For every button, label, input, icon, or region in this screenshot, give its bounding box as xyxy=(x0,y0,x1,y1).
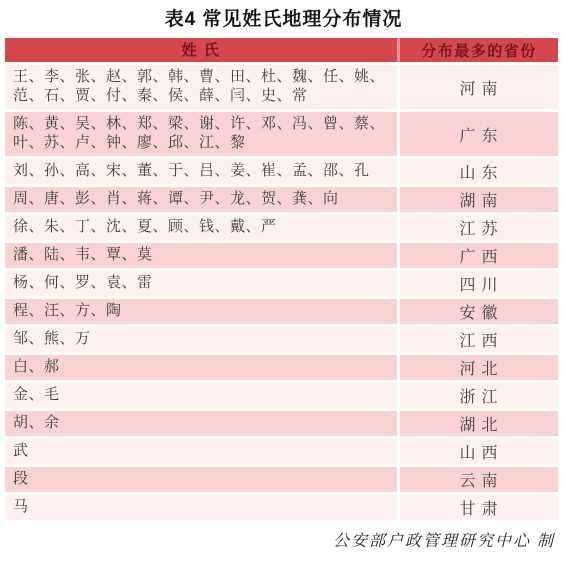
surnames-cell: 程、汪、方、陶 xyxy=(5,299,397,324)
table-row: 马 甘 肃 xyxy=(5,495,558,520)
surnames-cell: 陈、黄、吴、林、郑、梁、谢、许、邓、冯、曾、蔡、 叶、苏、卢、钟、廖、邱、江、黎 xyxy=(5,112,397,156)
surnames-cell: 胡、余 xyxy=(5,411,397,436)
table-row: 王、李、张、赵、郭、韩、曹、田、杜、魏、任、姚、 范、石、贾、付、秦、侯、薛、闫… xyxy=(5,65,558,109)
province-cell: 江 苏 xyxy=(400,215,558,240)
province-cell: 山 东 xyxy=(400,159,558,184)
surnames-cell: 徐、朱、丁、沈、夏、顾、钱、戴、严 xyxy=(5,215,397,240)
province-cell: 山 西 xyxy=(400,439,558,464)
table-row: 胡、余 湖 北 xyxy=(5,411,558,436)
surnames-cell: 王、李、张、赵、郭、韩、曹、田、杜、魏、任、姚、 范、石、贾、付、秦、侯、薛、闫… xyxy=(5,65,397,109)
surnames-cell: 杨、何、罗、袁、雷 xyxy=(5,271,397,296)
surname-distribution-table: 姓 氏 分布最多的省份 王、李、张、赵、郭、韩、曹、田、杜、魏、任、姚、 范、石… xyxy=(5,38,558,520)
table-row: 刘、孙、高、宋、董、于、吕、姜、崔、孟、邵、孔 山 东 xyxy=(5,159,558,184)
province-cell: 河 北 xyxy=(400,355,558,380)
province-cell: 浙 江 xyxy=(400,383,558,408)
page-title: 表4 常见姓氏地理分布情况 xyxy=(0,0,567,32)
surnames-cell: 潘、陆、韦、覃、莫 xyxy=(5,243,397,268)
table-row: 程、汪、方、陶 安 徽 xyxy=(5,299,558,324)
table-row: 周、唐、彭、肖、蒋、谭、尹、龙、贺、龚、向 湖 南 xyxy=(5,187,558,212)
surnames-cell: 段 xyxy=(5,467,397,492)
table-row: 徐、朱、丁、沈、夏、顾、钱、戴、严 江 苏 xyxy=(5,215,558,240)
credit-text: 公安部户政管理研究中心 制 xyxy=(0,528,555,551)
surnames-cell: 周、唐、彭、肖、蒋、谭、尹、龙、贺、龚、向 xyxy=(5,187,397,212)
table-row: 邹、熊、万 江 西 xyxy=(5,327,558,352)
province-cell: 湖 南 xyxy=(400,187,558,212)
province-cell: 安 徽 xyxy=(400,299,558,324)
surnames-cell: 邹、熊、万 xyxy=(5,327,397,352)
surnames-cell: 白、郝 xyxy=(5,355,397,380)
surnames-cell: 金、毛 xyxy=(5,383,397,408)
province-column-header: 分布最多的省份 xyxy=(400,38,558,62)
page: 表4 常见姓氏地理分布情况 姓 氏 分布最多的省份 王、李、张、赵、郭、韩、曹、… xyxy=(0,0,567,564)
province-cell: 江 西 xyxy=(400,327,558,352)
province-cell: 云 南 xyxy=(400,467,558,492)
province-cell: 四 川 xyxy=(400,271,558,296)
table-row: 白、郝 河 北 xyxy=(5,355,558,380)
province-cell: 甘 肃 xyxy=(400,495,558,520)
province-cell: 广 东 xyxy=(400,112,558,156)
table-row: 陈、黄、吴、林、郑、梁、谢、许、邓、冯、曾、蔡、 叶、苏、卢、钟、廖、邱、江、黎… xyxy=(5,112,558,156)
table-row: 潘、陆、韦、覃、莫 广 西 xyxy=(5,243,558,268)
surnames-cell: 武 xyxy=(5,439,397,464)
table-row: 段 云 南 xyxy=(5,467,558,492)
surnames-cell: 马 xyxy=(5,495,397,520)
surnames-cell: 刘、孙、高、宋、董、于、吕、姜、崔、孟、邵、孔 xyxy=(5,159,397,184)
table-header-row: 姓 氏 分布最多的省份 xyxy=(5,38,558,62)
table-row: 武 山 西 xyxy=(5,439,558,464)
table-row: 金、毛 浙 江 xyxy=(5,383,558,408)
province-cell: 河 南 xyxy=(400,65,558,109)
table-row: 杨、何、罗、袁、雷 四 川 xyxy=(5,271,558,296)
province-cell: 广 西 xyxy=(400,243,558,268)
surname-column-header: 姓 氏 xyxy=(5,38,397,62)
province-cell: 湖 北 xyxy=(400,411,558,436)
